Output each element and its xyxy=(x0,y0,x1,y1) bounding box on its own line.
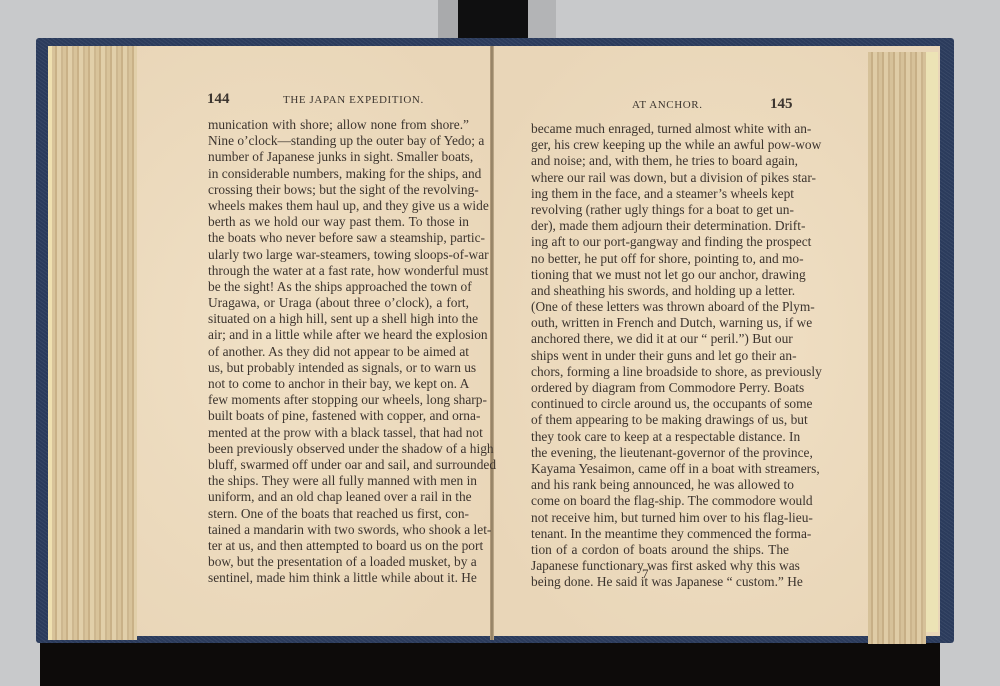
text-line: tion of a cordon of boats around the shi… xyxy=(531,542,789,558)
text-line: der), made them adjourn their determinat… xyxy=(531,218,789,234)
text-line: us, but probably intended as signals, or… xyxy=(208,360,469,376)
text-line: where our rail was down, but a division … xyxy=(531,170,789,186)
text-line: few moments after stopping our wheels, l… xyxy=(208,392,469,408)
text-line: the ships. They were all fully manned wi… xyxy=(208,473,469,489)
text-line: revolving (rather ugly things for a boat… xyxy=(531,202,789,218)
text-line: tioning that we must not let go our anch… xyxy=(531,267,789,283)
text-line: ter at us, and then attempted to board u… xyxy=(208,538,469,554)
text-line: number of Japanese junks in sight. Small… xyxy=(208,149,469,165)
text-line: being done. He said it was Japanese “ cu… xyxy=(531,574,789,590)
right-page-stack-edge xyxy=(868,52,926,644)
text-line: and sheathing his swords, and holding up… xyxy=(531,283,789,299)
text-line: ularly two large war-steamers, towing sl… xyxy=(208,247,469,263)
text-line: wheels makes them haul up, and they give… xyxy=(208,198,469,214)
text-line: Japanese functionary was first asked why… xyxy=(531,558,789,574)
text-line: crossing their bows; but the sight of th… xyxy=(208,182,469,198)
book-gutter xyxy=(490,46,494,640)
text-line: bluff, swarmed off under oar and sail, a… xyxy=(208,457,469,473)
text-line: berth as we hold our way past them. To t… xyxy=(208,214,469,230)
text-line: continued to circle around us, the occup… xyxy=(531,396,789,412)
text-line: air; and in a little while after we hear… xyxy=(208,327,469,343)
text-line: be the sight! As the ships approached th… xyxy=(208,279,469,295)
text-line: come on board the flag-ship. The commodo… xyxy=(531,493,789,509)
text-line: munication with shore; allow none from s… xyxy=(208,117,469,133)
text-line: Uragawa, or Uraga (about three o’clock),… xyxy=(208,295,469,311)
text-line: (One of these letters was thrown aboard … xyxy=(531,299,789,315)
text-line: ordered by diagram from Commodore Perry.… xyxy=(531,380,789,396)
text-line: of another. As they did not appear to be… xyxy=(208,344,469,360)
text-line: they took care to keep at a respectable … xyxy=(531,429,789,445)
text-line: through the water at a fast rate, how wo… xyxy=(208,263,469,279)
text-line: Kayama Yesaimon, came off in a boat with… xyxy=(531,461,789,477)
text-line: not to come to anchor in their bay, we k… xyxy=(208,376,469,392)
text-line: the evening, the lieutenant-governor of … xyxy=(531,445,789,461)
text-line: stern. One of the boats that reached us … xyxy=(208,506,469,522)
text-line: and noise; and, with them, he tries to b… xyxy=(531,153,789,169)
text-line: Nine o’clock—standing up the outer bay o… xyxy=(208,133,469,149)
text-line: in considerable numbers, making for the … xyxy=(208,166,469,182)
right-page-body: became much enraged, turned almost white… xyxy=(531,121,789,590)
text-line: situated on a high hill, sent up a shell… xyxy=(208,311,469,327)
book-shadow xyxy=(40,638,940,686)
endpaper xyxy=(926,52,938,632)
left-running-head: THE JAPAN EXPEDITION. xyxy=(283,94,424,106)
text-line: tained a mandarin with two swords, who s… xyxy=(208,522,469,538)
text-line: uniform, and an old chap leaned over a r… xyxy=(208,489,469,505)
text-line: and his rank being announced, he was all… xyxy=(531,477,789,493)
text-line: tenant. In the meantime they commenced t… xyxy=(531,526,789,542)
text-line: of them appearing to be making drawings … xyxy=(531,412,789,428)
text-line: anchored there, we did it at our “ peril… xyxy=(531,331,789,347)
text-line: became much enraged, turned almost white… xyxy=(531,121,789,137)
left-page-number: 144 xyxy=(207,91,230,108)
right-page-number: 145 xyxy=(770,96,793,113)
text-line: the boats who never before saw a steamsh… xyxy=(208,230,469,246)
text-line: built boats of pine, fastened with coppe… xyxy=(208,408,469,424)
text-line: mented at the prow with a black tassel, … xyxy=(208,425,469,441)
right-running-head: AT ANCHOR. xyxy=(632,99,703,111)
text-line: ships went in under their guns and let g… xyxy=(531,348,789,364)
text-line: been previously observed under the shado… xyxy=(208,441,469,457)
text-line: ger, his crew keeping up the while an aw… xyxy=(531,137,789,153)
left-page-body: munication with shore; allow none from s… xyxy=(208,117,469,586)
background-shadow xyxy=(438,0,458,42)
left-page-stack-edge xyxy=(48,46,137,640)
background-shadow xyxy=(528,0,556,42)
text-line: no better, he put off for shore, pointin… xyxy=(531,251,789,267)
signature-mark: 7 xyxy=(642,566,649,582)
text-line: ing them in the face, and a steamer’s wh… xyxy=(531,186,789,202)
text-line: ing aft to our port-gangway and finding … xyxy=(531,234,789,250)
text-line: outh, written in French and Dutch, warni… xyxy=(531,315,789,331)
text-line: not receive him, but turned him over to … xyxy=(531,510,789,526)
text-line: chors, forming a line broadside to shore… xyxy=(531,364,789,380)
text-line: sentinel, made him think a little while … xyxy=(208,570,469,586)
text-line: bow, but the presentation of a loaded mu… xyxy=(208,554,469,570)
